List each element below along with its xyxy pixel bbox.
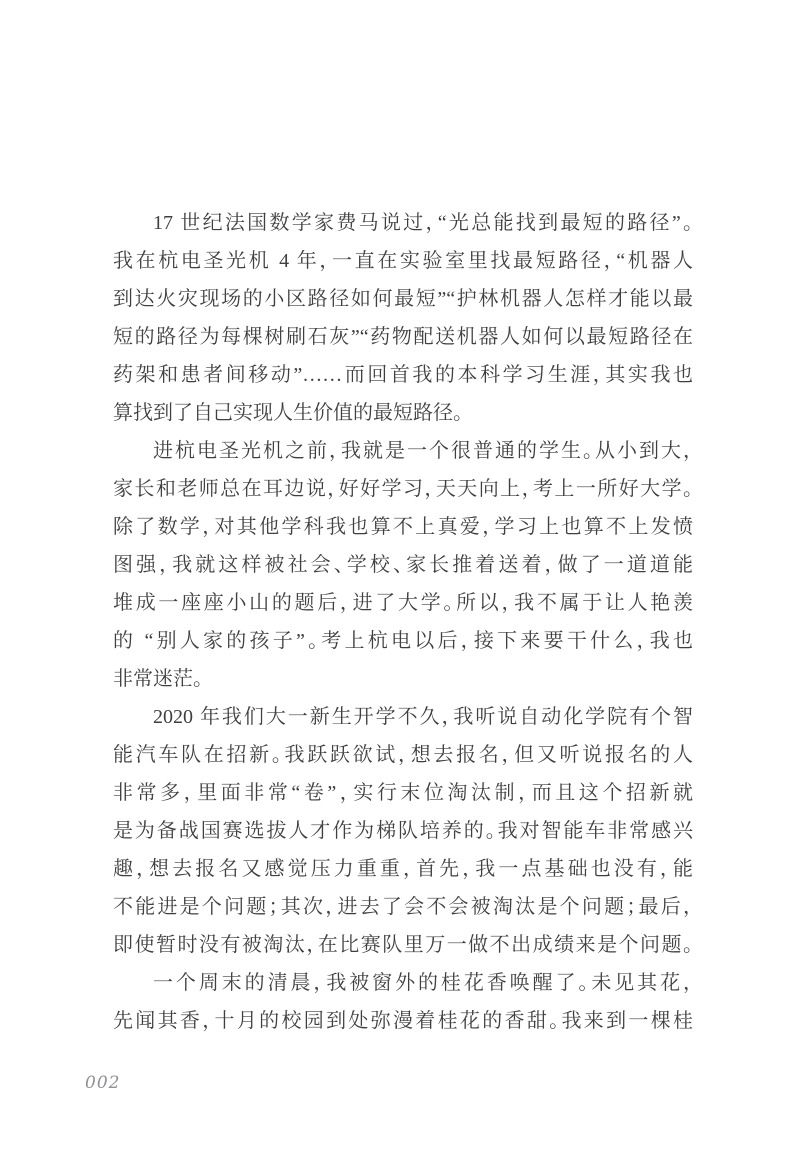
- text-line: 17 世纪法国数学家费马说过，“光总能找到最短的路径”。: [113, 204, 693, 242]
- text-line: 的 “别人家的孩子”。考上杭电以后，接下来要干什么，我也: [113, 622, 693, 660]
- text-line: 药架和患者间移动”……而回首我的本科学习生涯，其实我也: [113, 356, 693, 394]
- text-line: 非常迷茫。: [113, 660, 693, 698]
- text-line: 除了数学，对其他学科我也算不上真爱，学习上也算不上发愤: [113, 508, 693, 546]
- text-line: 一个周末的清晨，我被窗外的桂花香唤醒了。未见其花，: [113, 964, 693, 1002]
- text-line: 先闻其香，十月的校园到处弥漫着桂花的香甜。我来到一棵桂: [113, 1002, 693, 1040]
- text-line: 即使暂时没有被淘汰，在比赛队里万一做不出成绩来是个问题。: [113, 926, 693, 964]
- text-line: 算找到了自己实现人生价值的最短路径。: [113, 394, 693, 432]
- text-line: 家长和老师总在耳边说，好好学习，天天向上，考上一所好大学。: [113, 470, 693, 508]
- book-page: 17 世纪法国数学家费马说过，“光总能找到最短的路径”。我在杭电圣光机 4 年，…: [0, 0, 799, 1158]
- text-line: 是为备战国赛选拔人才作为梯队培养的。我对智能车非常感兴: [113, 812, 693, 850]
- paragraph: 进杭电圣光机之前，我就是一个很普通的学生。从小到大，家长和老师总在耳边说，好好学…: [113, 432, 693, 698]
- paragraph: 一个周末的清晨，我被窗外的桂花香唤醒了。未见其花，先闻其香，十月的校园到处弥漫着…: [113, 964, 693, 1040]
- text-line: 我在杭电圣光机 4 年，一直在实验室里找最短路径，“机器人: [113, 242, 693, 280]
- text-line: 堆成一座座小山的题后，进了大学。所以，我不属于让人艳羡: [113, 584, 693, 622]
- paragraph: 2020 年我们大一新生开学不久，我听说自动化学院有个智能汽车队在招新。我跃跃欲…: [113, 698, 693, 964]
- text-block: 17 世纪法国数学家费马说过，“光总能找到最短的路径”。我在杭电圣光机 4 年，…: [113, 204, 693, 1040]
- text-line: 图强，我就这样被社会、学校、家长推着送着，做了一道道能: [113, 546, 693, 584]
- text-line: 能汽车队在招新。我跃跃欲试，想去报名，但又听说报名的人: [113, 736, 693, 774]
- page-number: 002: [85, 1073, 120, 1093]
- text-line: 短的路径为每棵树刷石灰”“药物配送机器人如何以最短路径在: [113, 318, 693, 356]
- text-line: 2020 年我们大一新生开学不久，我听说自动化学院有个智: [113, 698, 693, 736]
- text-line: 非常多，里面非常“卷”，实行末位淘汰制，而且这个招新就: [113, 774, 693, 812]
- text-line: 不能进是个问题；其次，进去了会不会被淘汰是个问题；最后，: [113, 888, 693, 926]
- paragraph: 17 世纪法国数学家费马说过，“光总能找到最短的路径”。我在杭电圣光机 4 年，…: [113, 204, 693, 432]
- text-line: 趣，想去报名又感觉压力重重，首先，我一点基础也没有，能: [113, 850, 693, 888]
- text-line: 到达火灾现场的小区路径如何最短”“护林机器人怎样才能以最: [113, 280, 693, 318]
- text-line: 进杭电圣光机之前，我就是一个很普通的学生。从小到大，: [113, 432, 693, 470]
